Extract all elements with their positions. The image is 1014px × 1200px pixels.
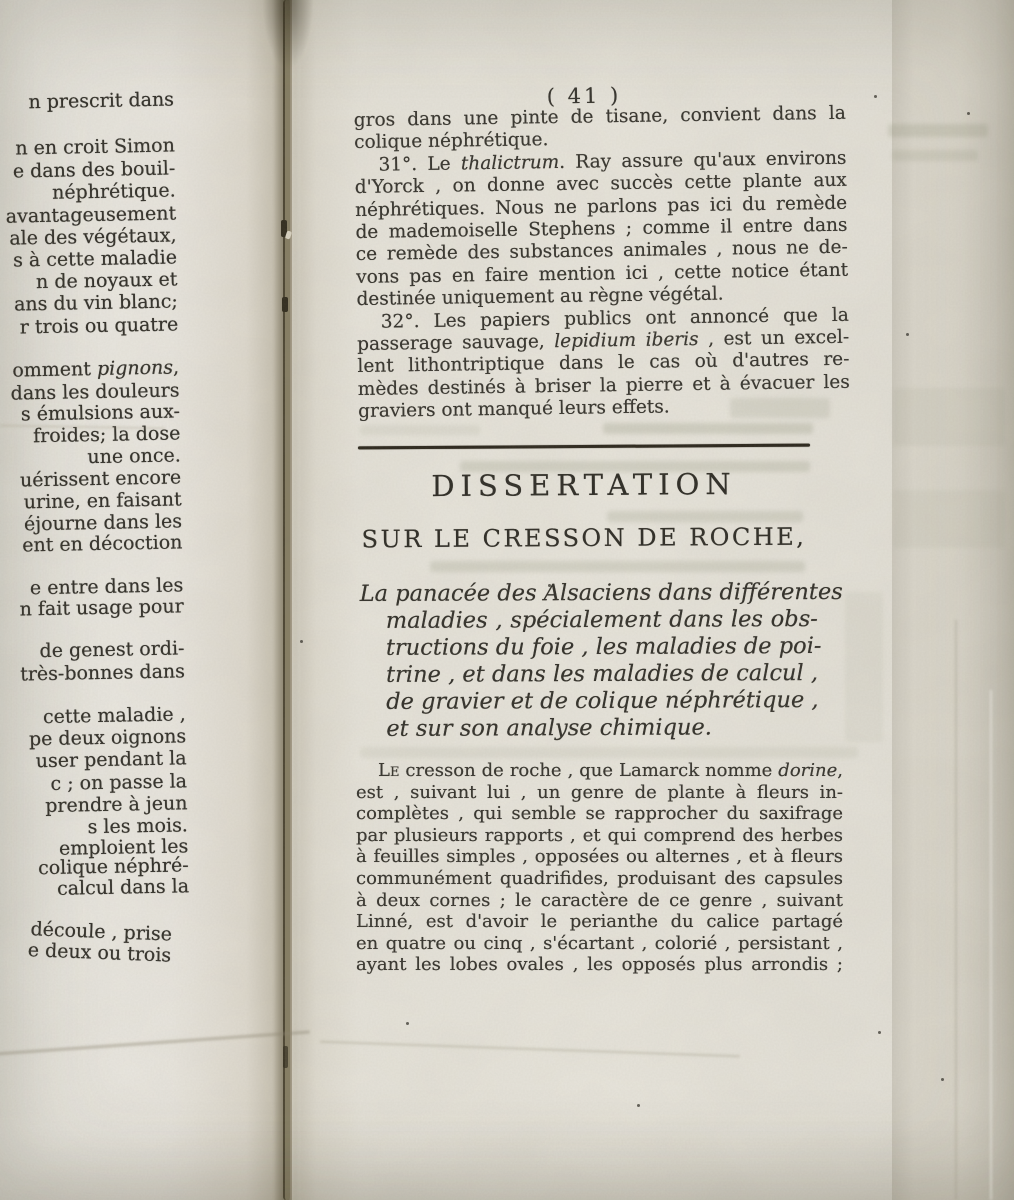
text-line: par plusieurs rapports , et qui comprend…: [356, 825, 843, 847]
book-photograph: n prescrit dansn en croit Simone dans de…: [0, 0, 1014, 1200]
paper-speck: [406, 1022, 409, 1025]
left-page-text-fragment: e deux ou trois: [0, 939, 172, 967]
text-line: est , suivant lui , un genre de plante à…: [356, 782, 843, 804]
text-run: cresson de roche , que Lamarck nomme: [399, 760, 778, 781]
argument-line: trine , et dans les maladies de calcul ,: [360, 660, 818, 689]
top-paragraphs: gros dans une pinte de tisane, convient …: [354, 103, 851, 424]
body-paragraph: Le cresson de roche , que Lamarck nomme …: [356, 760, 843, 976]
paper-speck: [878, 1031, 881, 1034]
text-run: La panacée des Alsaciens dans différente…: [360, 579, 843, 607]
argument-line: tructions du foie , les maladies de poi-: [360, 633, 818, 662]
text-run: colique néphrétique.: [354, 130, 549, 154]
text-line: en quatre ou cinq , s'écartant , colorié…: [356, 933, 843, 955]
gutter-top-shadow: [262, 0, 314, 70]
binding-stitch: [282, 297, 288, 312]
argument-line: et sur son analyse chimique.: [360, 714, 818, 743]
text-run: en quatre ou cinq , s'écartant , colorié…: [356, 933, 843, 954]
paper-speck: [941, 1078, 944, 1081]
text-run: e deux ou trois: [27, 939, 171, 966]
argument-line: de gravier et de colique néphrétique ,: [360, 687, 818, 716]
text-run: Linné, est d'avoir le perianthe du calic…: [356, 911, 843, 932]
paper-speck: [637, 1104, 640, 1107]
text-run: par plusieurs rapports , et qui comprend…: [356, 825, 843, 846]
italic-term: dorine: [778, 760, 837, 781]
text-run: complètes , qui semble se rapprocher du …: [356, 803, 843, 824]
text-run: ,: [837, 760, 843, 781]
gutter-highlight: [292, 0, 301, 1200]
argument-line: maladies , spécialement dans les obs-: [360, 606, 818, 635]
text-run: communément quadrifides, produisant des …: [356, 868, 843, 889]
text-run: maladies , spécialement dans les obs-: [386, 606, 818, 634]
argument-line: La panacée des Alsaciens dans différente…: [360, 579, 818, 608]
text-run: , est un excel-: [698, 327, 849, 350]
text-line: à feuilles simples , opposées ou alterne…: [356, 846, 843, 868]
section-subtitle: SUR LE CRESSON DE ROCHE,: [356, 523, 812, 554]
text-line: communément quadrifides, produisant des …: [356, 868, 843, 890]
paper-speck: [300, 640, 303, 643]
paper-speck: [874, 95, 877, 98]
text-run: . Ray assure qu'aux environs: [559, 147, 847, 172]
text-run: et sur son analyse chimique.: [386, 714, 712, 741]
text-run: tructions du foie , les maladies de poi-: [386, 633, 822, 661]
binding-stitch: [283, 1046, 288, 1068]
text-line: Le cresson de roche , que Lamarck nomme …: [356, 760, 843, 782]
text-run: trine , et dans les maladies de calcul ,: [386, 660, 818, 688]
binding-gutter: [283, 0, 290, 1200]
text-run: graviers ont manqué leurs effets.: [358, 396, 670, 422]
text-run: ayant les lobes ovales , les opposés plu…: [356, 954, 843, 975]
small-caps-word: Le: [378, 760, 399, 781]
paper-speck: [967, 112, 970, 115]
text-line: ayant les lobes ovales , les opposés plu…: [356, 954, 843, 976]
text-run: de gravier et de colique néphrétique ,: [386, 687, 818, 715]
fore-edge-pages: [892, 0, 1014, 1200]
text-run: à feuilles simples , opposées ou alterne…: [356, 846, 843, 867]
section-title: DISSERTATION: [356, 466, 812, 503]
text-line: Linné, est d'avoir le perianthe du calic…: [356, 911, 843, 933]
text-line: à deux cornes ; le caractère de ce genre…: [356, 890, 843, 912]
paper-speck: [548, 584, 551, 587]
text-run: est , suivant lui , un genre de plante à…: [356, 782, 843, 803]
text-run: passerage sauvage,: [357, 331, 554, 355]
text-line: complètes , qui semble se rapprocher du …: [356, 803, 843, 825]
argument-italic-block: La panacée des Alsaciens dans différente…: [360, 579, 819, 743]
italic-term: thalictrum: [461, 152, 560, 174]
text-run: 31°. Le: [378, 153, 461, 175]
text-run: à deux cornes ; le caractère de ce genre…: [356, 890, 843, 911]
italic-term: lepidium iberis: [554, 329, 699, 352]
paper-speck: [906, 333, 909, 336]
